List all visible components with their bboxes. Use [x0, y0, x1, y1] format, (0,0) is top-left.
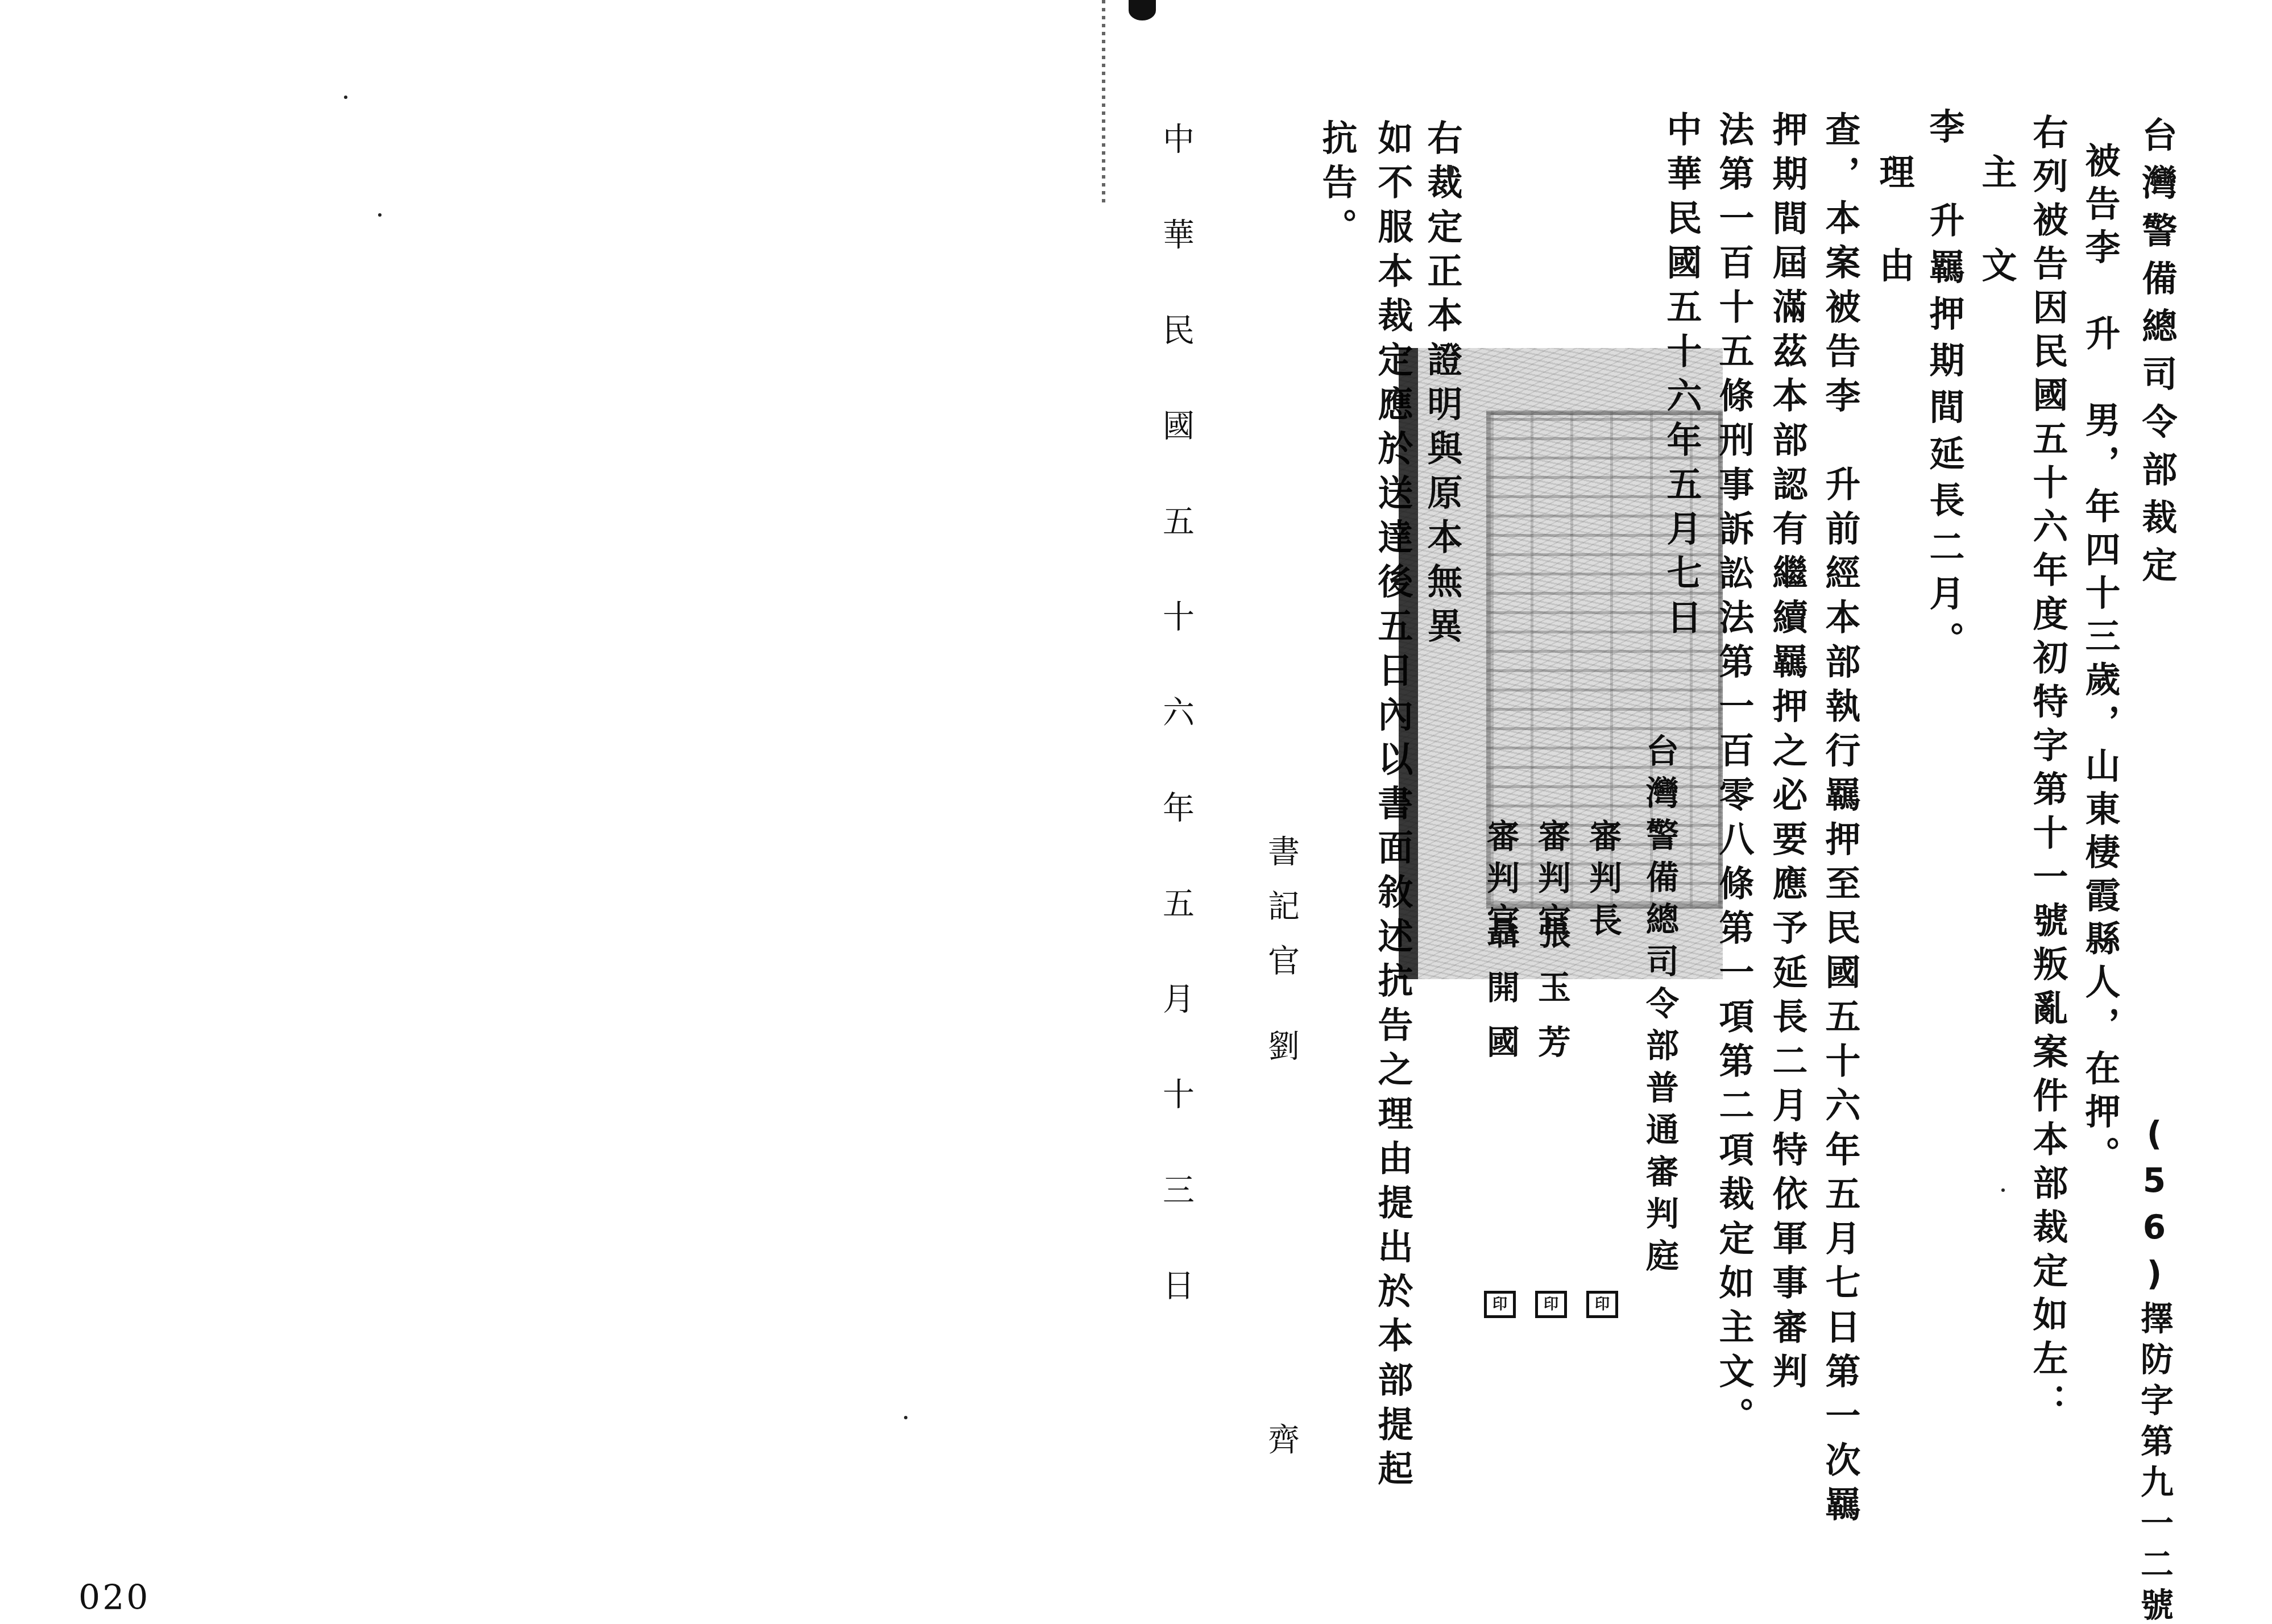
reason-line-1: 查，本案被告李 升前經本部執行羈押至民國五十六年五月七日第一次羈: [1822, 111, 1858, 1530]
official-seal: [1399, 348, 1723, 979]
judge-2-stamp: 印: [1484, 1291, 1516, 1318]
document-title: 台灣警備總司令部裁定: [2139, 117, 2174, 594]
case-number: (56)擇防字第九一二號: [2138, 1115, 2171, 1624]
presiding-judge-stamp: 印: [1586, 1291, 1618, 1318]
scan-speck: [344, 96, 347, 99]
reason-line-2: 押期間屆滿茲本部認有繼續羈押之必要應予延長二月特依軍事審判: [1769, 111, 1805, 1397]
main-heading: 主 文: [1979, 154, 2014, 293]
scan-speck: [904, 1416, 907, 1419]
scan-speck: [378, 213, 382, 217]
main-text-name: 李: [1926, 108, 1962, 143]
main-text: 升羈押期間延長二月。: [1926, 202, 1962, 668]
defendant-line: 被告李 升 男，年四十三歲，山東棲霞縣人，在押。: [2082, 142, 2117, 1179]
scanned-document-page: 台灣警備總司令部裁定 (56)擇防字第九一二號 被告李 升 男，年四十三歲，山東…: [0, 0, 2272, 1624]
scan-speck: [2001, 1188, 2005, 1192]
judge-1-stamp: 印: [1535, 1291, 1567, 1318]
appeal-notice-line-2: 抗告。: [1319, 119, 1354, 252]
scan-speck: [1447, 165, 1454, 177]
ink-blot: [1129, 0, 1156, 20]
clerk-name: 劉 齊: [1265, 1029, 1297, 1619]
issue-date: 中華民國五十六年五月十三日: [1160, 122, 1192, 1364]
clerk-role: 書記官: [1265, 835, 1297, 999]
seal-glyph-pattern: [1486, 411, 1723, 909]
preamble: 右列被告因民國五十六年度初特字第十一號叛亂案件本部裁定如左：: [2030, 114, 2065, 1427]
page-fold-edge: [1102, 0, 1105, 205]
reason-heading: 理 由: [1876, 154, 1912, 293]
page-number: 020: [78, 1578, 151, 1618]
